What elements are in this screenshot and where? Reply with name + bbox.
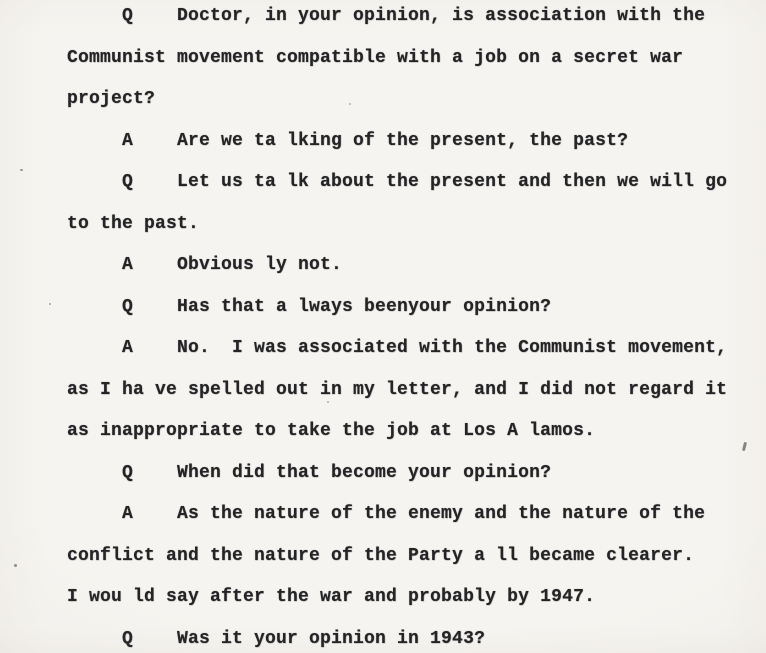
transcript-line: conflict and the nature of the Party a l… [67,536,766,578]
transcript-line: as inappropriate to take the job at Los … [67,411,766,453]
transcript-line: Q Let us ta lk about the present and the… [67,162,766,204]
transcript-line: Q Doctor, in your opinion, is associatio… [67,0,766,38]
transcript-line: A Obvious ly not. [67,245,766,287]
transcript-line: Q Was it your opinion in 1943? [67,619,766,653]
transcript-line: Communist movement compatible with a job… [67,38,766,80]
ink-speck [20,169,23,171]
transcript-line: to the past. [67,204,766,246]
transcript-line: Q Has that a lways beenyour opinion? [67,287,766,329]
scanned-transcript-page: Q Doctor, in your opinion, is associatio… [0,0,766,653]
transcript-line: A Are we ta lking of the present, the pa… [67,121,766,163]
transcript-line: Q When did that become your opinion? [67,453,766,495]
transcript-line: A No. I was associated with the Communis… [67,328,766,370]
transcript-line: project? [67,79,766,121]
ink-speck [49,303,51,305]
transcript-text-block: Q Doctor, in your opinion, is associatio… [67,0,766,653]
ink-speck [14,564,17,567]
transcript-line: I wou ld say after the war and probably … [67,577,766,619]
transcript-line: A As the nature of the enemy and the nat… [67,494,766,536]
transcript-line: as I ha ve spelled out in my letter, and… [67,370,766,412]
